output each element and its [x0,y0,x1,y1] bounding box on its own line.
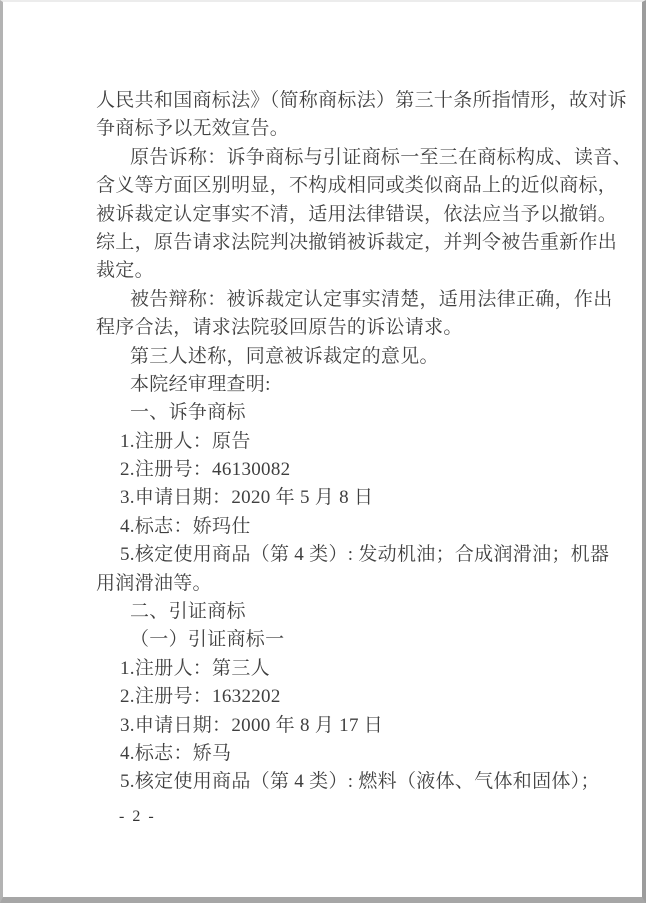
text-line: 5.核定使用商品（第 4 类）: 发动机油；合成润滑油；机器 [96,541,611,569]
text-line: 1.注册人：第三人 [96,655,611,683]
text-line: 含义等方面区别明显，不构成相同或类似商品上的近似商标， [96,172,611,200]
text-line: 3.申请日期：2020 年 5 月 8 日 [96,484,611,512]
text-line: 本院经审理查明: [96,371,611,399]
text-line: 原告诉称：诉争商标与引证商标一至三在商标构成、读音、 [96,144,611,172]
text-line: 裁定。 [96,257,611,285]
text-line: 4.标志：矫马 [96,740,611,768]
text-line: 第三人述称，同意被诉裁定的意见。 [96,343,611,371]
text-line: 1.注册人：原告 [96,428,611,456]
text-line: 4.标志：娇玛仕 [96,513,611,541]
text-line: 5.核定使用商品（第 4 类）: 燃料（液体、气体和固体）； [96,768,611,796]
document-body: 人民共和国商标法》（简称商标法）第三十条所指情形，故对诉 争商标予以无效宣告。 … [96,87,611,797]
text-line: 用润滑油等。 [96,570,611,598]
text-line: （一）引证商标一 [96,626,611,654]
text-line: 被诉裁定认定事实不清，适用法律错误，依法应当予以撤销。 [96,201,611,229]
document-page: 人民共和国商标法》（简称商标法）第三十条所指情形，故对诉 争商标予以无效宣告。 … [0,0,646,903]
page-number: - 2 - [119,808,156,826]
text-line: 争商标予以无效宣告。 [96,115,611,143]
text-line: 2.注册号：46130082 [96,456,611,484]
text-line: 2.注册号：1632202 [96,683,611,711]
text-line: 程序合法，请求法院驳回原告的诉讼请求。 [96,314,611,342]
text-line: 被告辩称：被诉裁定认定事实清楚，适用法律正确，作出 [96,286,611,314]
text-line: 综上，原告请求法院判决撤销被诉裁定，并判令被告重新作出 [96,229,611,257]
text-line: 人民共和国商标法》（简称商标法）第三十条所指情形，故对诉 [96,87,611,115]
text-line: 一、诉争商标 [96,399,611,427]
text-line: 3.申请日期：2000 年 8 月 17 日 [96,712,611,740]
text-line: 二、引证商标 [96,598,611,626]
